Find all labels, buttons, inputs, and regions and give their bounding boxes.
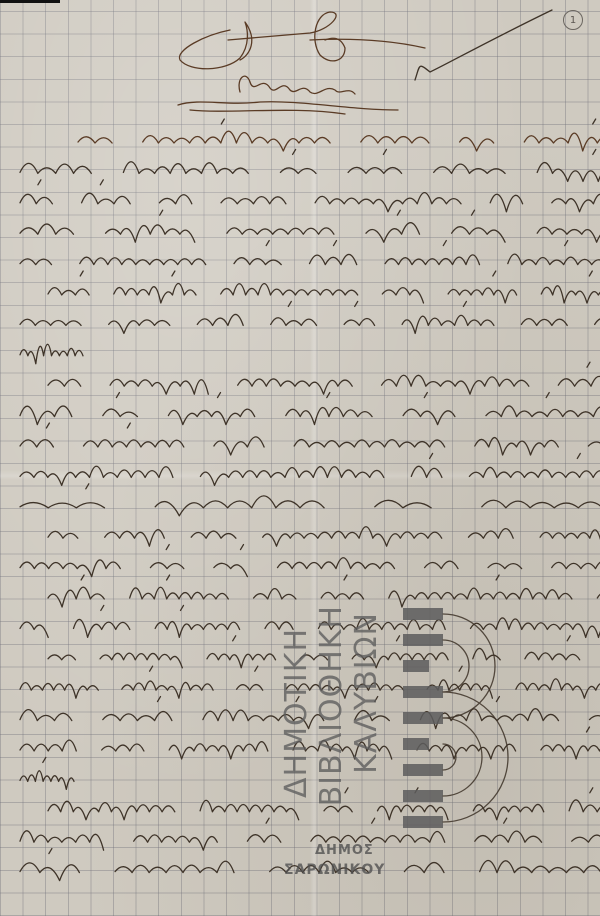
watermark-municipality-1: ΔΗΜΟΣ	[315, 843, 374, 858]
watermark-line2: ΒΙΒΛΙΟΘΗΚΗ	[317, 605, 347, 806]
handwritten-line-ink	[20, 241, 600, 265]
handwritten-line-ink	[48, 527, 600, 546]
document-page: 1 Απαιτήσεις Η συζυγρίτνια κυνα το μαγγί…	[0, 0, 600, 916]
handwritten-line-ink	[20, 453, 600, 485]
watermark-line1: ΔΗΜΟΤΙΚΗ	[282, 628, 312, 798]
handwritten-line-ink	[20, 344, 83, 364]
library-watermark: ΔΗΜΟΤΙΚΗ ΒΙΒΛΙΟΘΗΚΗ ΚΑΛΥΒΙΩΝ ΔΗΜΟΣ ΣΑΡΩΝ…	[290, 600, 590, 900]
handwritten-line-ink	[20, 757, 74, 789]
handwritten-line-ink	[48, 362, 600, 394]
handwritten-line-ink	[20, 393, 600, 425]
handwritten-line-ink	[78, 119, 600, 151]
handwritten-line-ink	[20, 545, 600, 577]
handwritten-line-ink	[48, 271, 600, 303]
handwritten-line-ink	[20, 149, 600, 181]
signature-flourish-icon	[179, 12, 425, 69]
heading-scribble	[178, 76, 398, 114]
handwritten-line-ink	[20, 180, 600, 212]
handwritten-line-ink	[20, 301, 600, 333]
check-mark-icon	[415, 10, 552, 80]
handwritten-line-ink	[20, 210, 600, 242]
handwritten-line-ink	[20, 423, 600, 455]
watermark-line3: ΚΑΛΥΒΙΩΝ	[352, 612, 382, 774]
watermark-municipality-2: ΣΑΡΩΝΙΚΟΥ	[284, 862, 385, 878]
handwritten-line-ink	[20, 484, 600, 516]
